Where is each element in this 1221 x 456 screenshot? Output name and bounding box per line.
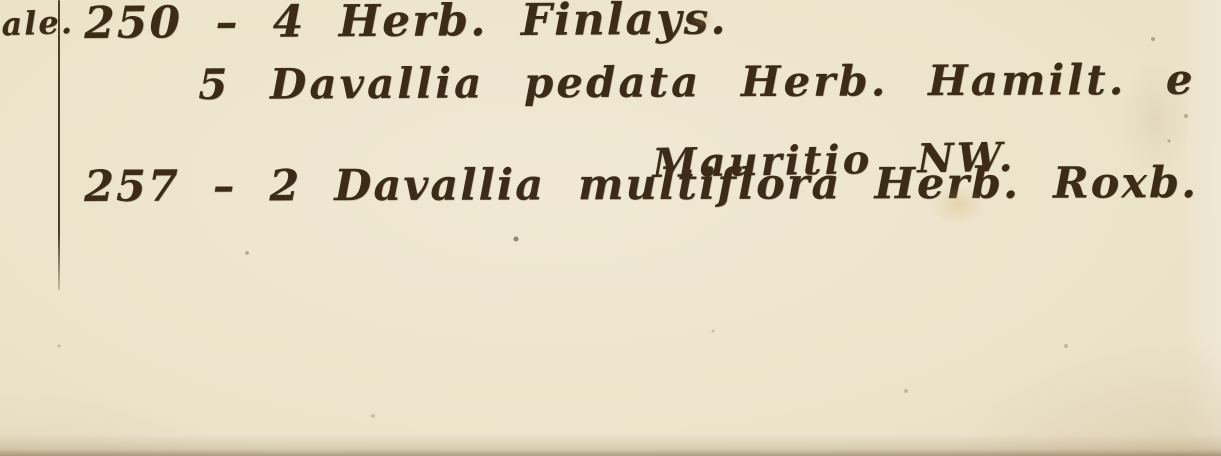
manuscript-page: tale. 250 – 4 Herb. Finlays. 5 Davallia … xyxy=(0,0,1221,456)
entry-line-250: 250 – 4 Herb. Finlays. xyxy=(84,0,728,49)
entry-line-davallia-pedata: 5 Davallia pedata Herb. Hamilt. e xyxy=(198,55,1196,109)
margin-note-fragment: tale. xyxy=(0,3,74,44)
entry-line-257-davallia-multiflora: 257 – 2 Davallia multiflora Herb. Roxb. xyxy=(84,158,1198,212)
paper-specks xyxy=(0,0,2,2)
margin-rule-line xyxy=(58,0,60,290)
